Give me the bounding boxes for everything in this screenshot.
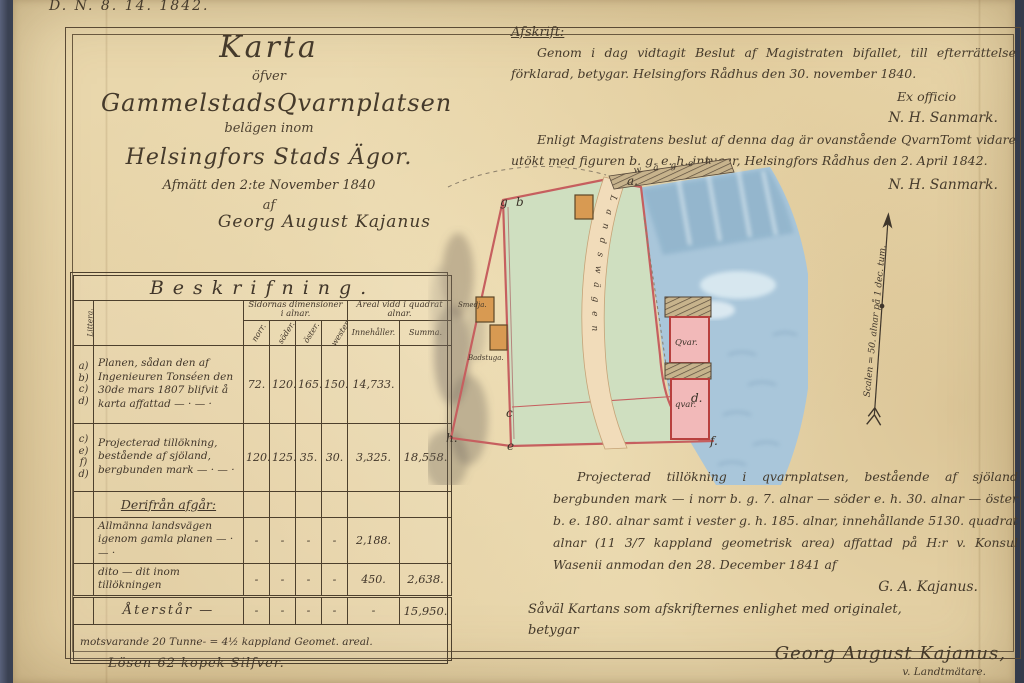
empty-cell — [74, 517, 94, 563]
dim-value: - — [244, 517, 270, 563]
dim-header-west: wester. — [322, 320, 348, 345]
attest-signature-1: N. H. Sanmark. — [511, 107, 1016, 130]
badstuga-building — [490, 325, 507, 350]
sum-value: 2,638. — [400, 563, 452, 596]
empty-cell — [74, 596, 94, 624]
table-footnote: motsvarande 20 Tunne- = 4½ kappland Geom… — [74, 624, 452, 660]
letter-d: d. — [691, 391, 703, 405]
deduction-heading: Derifrån afgår: — [94, 491, 244, 517]
dimensions-group-header: Sidornas dimensioner i alnar. — [244, 301, 348, 321]
document-paper: D. N. 8. 14. 1842. Karta öfver Gammelsta… — [13, 0, 1015, 683]
scale-bar: Scalen = 50. alnar på 1 dec. tum. — [851, 210, 911, 430]
table-row-note: motsvarande 20 Tunne- = 4½ kappland Geom… — [74, 624, 452, 660]
dim-value: 165. — [296, 345, 322, 423]
empty-cell — [270, 491, 296, 517]
letter-e: e — [507, 439, 514, 453]
table-row-road-new: dito — dit inom tillökningen - - - - 450… — [74, 563, 452, 596]
dim-value: 72. — [244, 345, 270, 423]
area-value: 2,188. — [348, 517, 400, 563]
table-row-plan: a) b) c) d) Planen, sådan den af Ingenie… — [74, 345, 452, 423]
row-letters: c) e) f) d) — [74, 423, 94, 491]
row-letters: a) b) c) d) — [74, 345, 94, 423]
title-city: Helsingfors Stads Ägor. — [101, 146, 437, 169]
littera-column-header: Littera. — [74, 301, 94, 346]
row-description: Planen, sådan den af Ingenieuren Tonséen… — [94, 345, 244, 423]
dim-value: 120. — [270, 345, 296, 423]
table-row-extension: c) e) f) d) Projecterad tillökning, best… — [74, 423, 452, 491]
empty-cell — [74, 491, 94, 517]
archive-number: D. N. 8. 14. 1842. — [49, 0, 209, 14]
title-block: Karta öfver GammelstadsQvarnplatsen belä… — [101, 32, 437, 232]
area-value: 14,733. — [348, 345, 400, 423]
dim-value: - — [296, 563, 322, 596]
empty-cell — [74, 563, 94, 596]
dim-value: 30. — [322, 423, 348, 491]
dim-value: - — [296, 517, 322, 563]
title-survey-date: Afmätt den 2:te November 1840 — [101, 179, 437, 193]
description-column-header — [94, 301, 244, 346]
letter-h: h. — [446, 431, 458, 445]
sum-value: 15,950. — [400, 596, 452, 624]
dim-value: 35. — [296, 423, 322, 491]
row-description: Projecterad tillökning, bestående af sjö… — [94, 423, 244, 491]
river-cloud — [700, 271, 776, 299]
letter-b: b — [516, 195, 524, 209]
scale-label: Scalen = 50. alnar på 1 dec. tum. — [861, 244, 889, 397]
row-description: Allmänna landsvägen igenom gamla planen … — [94, 517, 244, 563]
empty-cell — [348, 491, 400, 517]
dim-value: - — [322, 563, 348, 596]
survey-note-signature: G. A. Kajanus. — [553, 575, 1018, 600]
dim-value: - — [244, 563, 270, 596]
mill-upper-label: Qvar. — [675, 338, 698, 348]
table-row-remainder: Återstår — - - - - - 15,950. — [74, 596, 452, 624]
row-description: dito — dit inom tillökningen — [94, 563, 244, 596]
area-value: 3,325. — [348, 423, 400, 491]
dim-value: - — [270, 517, 296, 563]
title-place: GammelstadsQvarnplatsen — [101, 91, 437, 116]
attest-ex-officio: Ex officio — [511, 87, 1016, 108]
outbuilding — [575, 195, 593, 219]
title-belagen: belägen inom — [101, 122, 437, 136]
survey-note-text: Projecterad tillökning i qvarnplatsen, b… — [553, 466, 1018, 575]
certification-line1: Såväl Kartans som afskrifternes enlighet… — [528, 600, 1020, 621]
table-row-deduction-heading: Derifrån afgår: — [74, 491, 452, 517]
empty-cell — [296, 491, 322, 517]
certification-line2: betygar — [528, 621, 1020, 642]
fee-note: Lösen 62 kopek Silfver. — [108, 656, 285, 671]
dim-value: - — [296, 596, 322, 624]
surveyor-signature: Georg August Kajanus — [101, 214, 437, 232]
table-title: Beskrifning. — [74, 276, 452, 301]
mill-dam-upper — [665, 297, 711, 317]
survey-note: Projecterad tillökning i qvarnplatsen, b… — [553, 466, 1018, 600]
area-value: 450. — [348, 563, 400, 596]
empty-cell — [322, 491, 348, 517]
table-row-road-old: Allmänna landsvägen igenom gamla planen … — [74, 517, 452, 563]
dim-value: 125. — [270, 423, 296, 491]
mill-dam-lower — [665, 363, 711, 379]
attest-label: Afskrift: — [511, 25, 564, 40]
dim-value: 120. — [244, 423, 270, 491]
map-drawing: Landswägen wägen Smedja. Badstuga. Qvar.… — [428, 155, 808, 485]
empty-cell — [400, 491, 452, 517]
dim-header-east: öster. — [296, 320, 322, 345]
dim-header-north: norr. — [244, 320, 270, 345]
mill-buildings: Qvar. qvar. — [665, 297, 711, 439]
letter-f: f. — [709, 434, 718, 448]
area-value: - — [348, 596, 400, 624]
certification-block: Såväl Kartans som afskrifternes enlighet… — [528, 600, 1020, 681]
remainder-label: Återstår — — [94, 596, 244, 624]
map-title: Karta — [101, 32, 437, 64]
dim-value: - — [322, 596, 348, 624]
dim-value: - — [270, 563, 296, 596]
badstuga-label: Badstuga. — [467, 354, 504, 362]
letter-a: a. — [627, 174, 638, 188]
attest-paragraph-1: Genom i dag vidtagit Beslut af Magistrat… — [511, 43, 1016, 84]
empty-cell — [244, 491, 270, 517]
sum-value — [400, 517, 452, 563]
letter-g: g — [500, 195, 508, 209]
dim-value: - — [322, 517, 348, 563]
dim-value: - — [244, 596, 270, 624]
title-ofver: öfver — [101, 70, 437, 84]
dim-value: - — [270, 596, 296, 624]
scale-needle: Scalen = 50. alnar på 1 dec. tum. — [859, 211, 896, 425]
area-header-contains: Innehåller. — [348, 320, 400, 345]
smedja-label: Smedja. — [458, 301, 487, 309]
title-af: af — [101, 199, 437, 213]
letter-c: c — [506, 406, 513, 420]
dim-header-south: söder. — [270, 320, 296, 345]
description-table: Beskrifning. Littera. Sidornas dimension… — [70, 272, 448, 664]
dim-value: 150. — [322, 345, 348, 423]
